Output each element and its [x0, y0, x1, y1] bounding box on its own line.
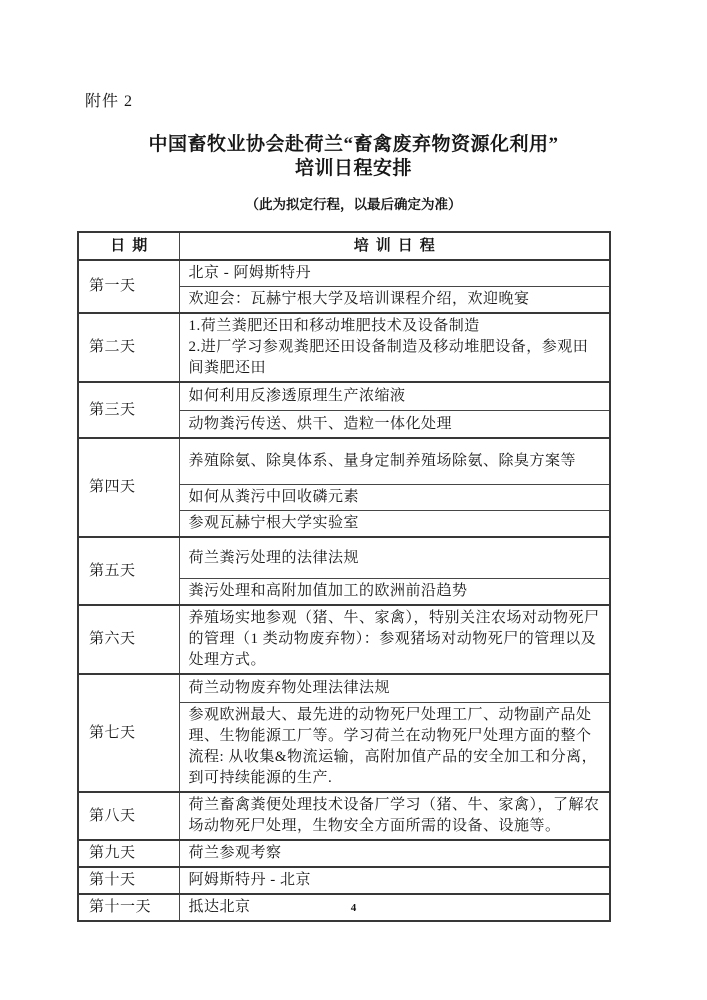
- schedule-cell: 1.荷兰粪肥还田和移动堆肥技术及设备制造 2.进厂学习参观粪肥还田设备制造及移动…: [179, 313, 610, 382]
- table-row: 第八天荷兰畜禽粪便处理技术设备厂学习（猪、牛、家禽），了解农场动物死尸处理，生物…: [78, 792, 610, 840]
- header-cell-date: 日期: [78, 232, 179, 260]
- date-cell: 第五天: [78, 537, 179, 605]
- schedule-cell: 荷兰畜禽粪便处理技术设备厂学习（猪、牛、家禽），了解农场动物死尸处理，生物安全方…: [179, 792, 610, 840]
- table-row: 第三天如何利用反渗透原理生产浓缩液: [78, 382, 610, 411]
- date-cell: 第四天: [78, 438, 179, 537]
- schedule-cell: 养殖场实地参观（猪、牛、家禽），特别关注农场对动物死尸的管理（1 类动物废弃物）…: [179, 605, 610, 674]
- schedule-cell: 参观瓦赫宁根大学实验室: [179, 511, 610, 538]
- date-cell: 第八天: [78, 792, 179, 840]
- schedule-cell: 荷兰粪污处理的法律法规: [179, 537, 610, 579]
- schedule-table: 日期 培训日程 第一天北京 - 阿姆斯特丹欢迎会：瓦赫宁根大学及培训课程介绍，欢…: [77, 231, 611, 922]
- schedule-cell: 欢迎会：瓦赫宁根大学及培训课程介绍，欢迎晚宴: [179, 287, 610, 314]
- header-row: 日期 培训日程: [78, 232, 610, 260]
- schedule-cell: 参观欧洲最大、最先进的动物死尸处理工厂、动物副产品处理、生物能源工厂等。学习荷兰…: [179, 703, 610, 793]
- schedule-cell: 如何从粪污中回收磷元素: [179, 485, 610, 511]
- title-line-2: 培训日程安排: [0, 157, 707, 181]
- date-cell: 第三天: [78, 382, 179, 438]
- date-cell: 第九天: [78, 840, 179, 867]
- document-title: 中国畜牧业协会赴荷兰“畜禽废弃物资源化利用” 培训日程安排: [0, 133, 707, 181]
- schedule-cell: 养殖除氨、除臭体系、量身定制养殖场除氨、除臭方案等: [179, 438, 610, 485]
- table-row: 第七天荷兰动物废弃物处理法律法规: [78, 674, 610, 703]
- title-line-1: 中国畜牧业协会赴荷兰“畜禽废弃物资源化利用”: [0, 133, 707, 157]
- schedule-cell: 粪污处理和高附加值加工的欧洲前沿趋势: [179, 579, 610, 606]
- date-cell: 第七天: [78, 674, 179, 792]
- table-row: 第九天荷兰参观考察: [78, 840, 610, 867]
- schedule-cell: 荷兰参观考察: [179, 840, 610, 867]
- date-cell: 第二天: [78, 313, 179, 382]
- table-row: 第二天1.荷兰粪肥还田和移动堆肥技术及设备制造 2.进厂学习参观粪肥还田设备制造…: [78, 313, 610, 382]
- schedule-cell: 北京 - 阿姆斯特丹: [179, 260, 610, 287]
- schedule-cell: 如何利用反渗透原理生产浓缩液: [179, 382, 610, 411]
- schedule-cell: 阿姆斯特丹 - 北京: [179, 867, 610, 894]
- schedule-cell: 荷兰动物废弃物处理法律法规: [179, 674, 610, 703]
- schedule-cell: 动物粪污传送、烘干、造粒一体化处理: [179, 411, 610, 439]
- page-number: 4: [0, 902, 707, 914]
- attachment-label: 附件 2: [85, 88, 133, 111]
- table-row: 第十天阿姆斯特丹 - 北京: [78, 867, 610, 894]
- schedule-table-body: 第一天北京 - 阿姆斯特丹欢迎会：瓦赫宁根大学及培训课程介绍，欢迎晚宴第二天1.…: [78, 260, 610, 921]
- date-cell: 第六天: [78, 605, 179, 674]
- date-cell: 第一天: [78, 260, 179, 313]
- table-row: 第四天养殖除氨、除臭体系、量身定制养殖场除氨、除臭方案等: [78, 438, 610, 485]
- table-row: 第五天荷兰粪污处理的法律法规: [78, 537, 610, 579]
- schedule-table-header: 日期 培训日程: [78, 232, 610, 260]
- table-row: 第一天北京 - 阿姆斯特丹: [78, 260, 610, 287]
- document-subtitle: （此为拟定行程，以最后确定为准）: [0, 193, 707, 213]
- table-row: 第六天养殖场实地参观（猪、牛、家禽），特别关注农场对动物死尸的管理（1 类动物废…: [78, 605, 610, 674]
- header-cell-schedule: 培训日程: [179, 232, 610, 260]
- date-cell: 第十天: [78, 867, 179, 894]
